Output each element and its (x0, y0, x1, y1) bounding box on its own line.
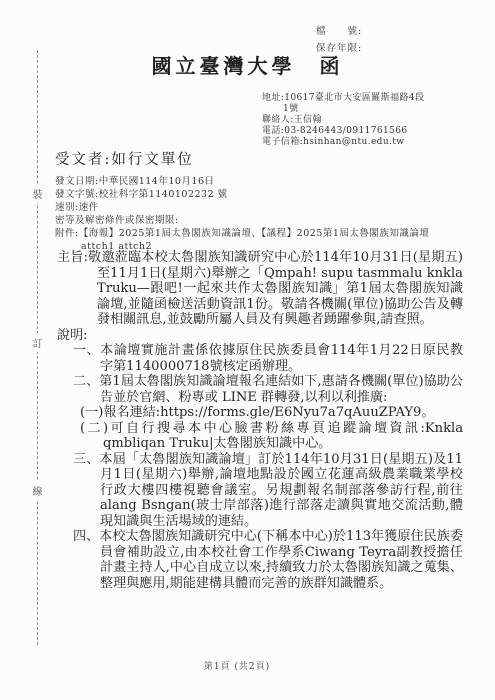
binding-mark-zhuang: 裝 (30, 184, 45, 203)
sender-address-line1: 地址:10617臺北市大安區羅斯福路4段 (262, 93, 482, 104)
document-page: 裝 訂 線 檔 號: 保存年限: 國立臺灣大學 函 地址:10617臺北市大安區… (0, 0, 495, 700)
registration-link: 報名連結:https://forms.gle/E6Nyu7a7qAuuZPAY9… (103, 405, 434, 420)
document-title: 國立臺灣大學 函 (0, 50, 495, 79)
sender-info: 地址:10617臺北市大安區羅斯福路4段 1號 聯絡人:王信翰 電話:03-82… (262, 93, 482, 148)
item-number: 二、 (73, 374, 99, 389)
binding-mark-xian: 線 (30, 481, 45, 500)
subject-text: 敬邀蒞臨本校太魯閣族知識研究中心於114年10月31日(星期五)至11月1日(星… (88, 250, 463, 327)
file-no-label: 檔 號: (316, 23, 362, 40)
explanation-item-2: 二、第1屆太魯閣族知識論壇報名連結如下,惠請各機關(單位)協助公告並於官網、粉專… (57, 374, 463, 405)
item-number: (二) (80, 421, 108, 436)
item-number: 一、 (73, 343, 100, 358)
explanation-item-2-1: (一)報名連結:https://forms.gle/E6Nyu7a7qAuuZP… (57, 405, 463, 421)
speed-class: 速別:速件 (55, 202, 475, 215)
item-text: 本論壇實施計畫係依據原住民族委員會114年1月22日原民教字第114000071… (100, 343, 463, 374)
sender-address-line2: 1號 (262, 104, 482, 115)
explanation-item-2-2: (二)可自行搜尋本中心臉書粉絲專頁追蹤論壇資訊:Knkla qmbliqan T… (57, 421, 463, 452)
item-text: 可自行搜尋本中心臉書粉絲專頁追蹤論壇資訊:Knkla qmbliqan Truk… (103, 421, 463, 452)
sender-contact: 聯絡人:王信翰 (262, 115, 482, 126)
document-meta: 發文日期:中華民國114年10月16日 發文字號:校社科字第1140102232… (55, 176, 475, 253)
subject-label: 主旨: (57, 250, 88, 265)
item-number: 三、 (73, 452, 99, 467)
letter-body: 主旨:敬邀蒞臨本校太魯閣族知識研究中心於114年10月31日(星期五)至11月1… (57, 250, 463, 591)
explanation-item-4: 四、本校太魯閣族知識研究中心(下稱本中心)於113年獲原住民族委員會補助設立,由… (57, 529, 463, 591)
item-text: 本校太魯閣族知識研究中心(下稱本中心)於113年獲原住民族委員會補助設立,由本校… (99, 529, 463, 591)
explanation-item-1: 一、本論壇實施計畫係依據原住民族委員會114年1月22日原民教字第1140000… (57, 343, 463, 374)
item-number: (一) (80, 405, 103, 420)
binding-mark-ding: 訂 (30, 333, 45, 352)
sender-phone: 電話:03-8246443/0911761566 (262, 126, 482, 137)
item-number: 四、 (73, 529, 99, 544)
recipient-line: 受文者:如行文單位 (55, 148, 194, 169)
issue-date: 發文日期:中華民國114年10月16日 (55, 176, 475, 189)
item-text: 本屆「太魯閣族知識論壇」訂於114年10月31日(星期五)及11月1日(星期六)… (99, 452, 463, 529)
attachment-line1: 附件:【海報】2025第1屆太魯閣族知識論壇、【議程】2025第1屆太魯閣族知識… (55, 228, 475, 241)
page-number: 第1頁 (共2頁) (0, 659, 474, 672)
security-class: 密等及解密條件或保密期限: (55, 215, 475, 228)
issue-number: 發文字號:校社科字第1140102232 號 (55, 189, 475, 202)
sender-email: 電子信箱:hsinhan@ntu.edu.tw (262, 137, 482, 148)
explanation-item-3: 三、本屆「太魯閣族知識論壇」訂於114年10月31日(星期五)及11月1日(星期… (57, 452, 463, 530)
subject-paragraph: 主旨:敬邀蒞臨本校太魯閣族知識研究中心於114年10月31日(星期五)至11月1… (57, 250, 463, 328)
item-text: 第1屆太魯閣族知識論壇報名連結如下,惠請各機關(單位)協助公告並於官網、粉專或 … (99, 374, 463, 405)
explanation-label: 說明: (57, 328, 463, 344)
